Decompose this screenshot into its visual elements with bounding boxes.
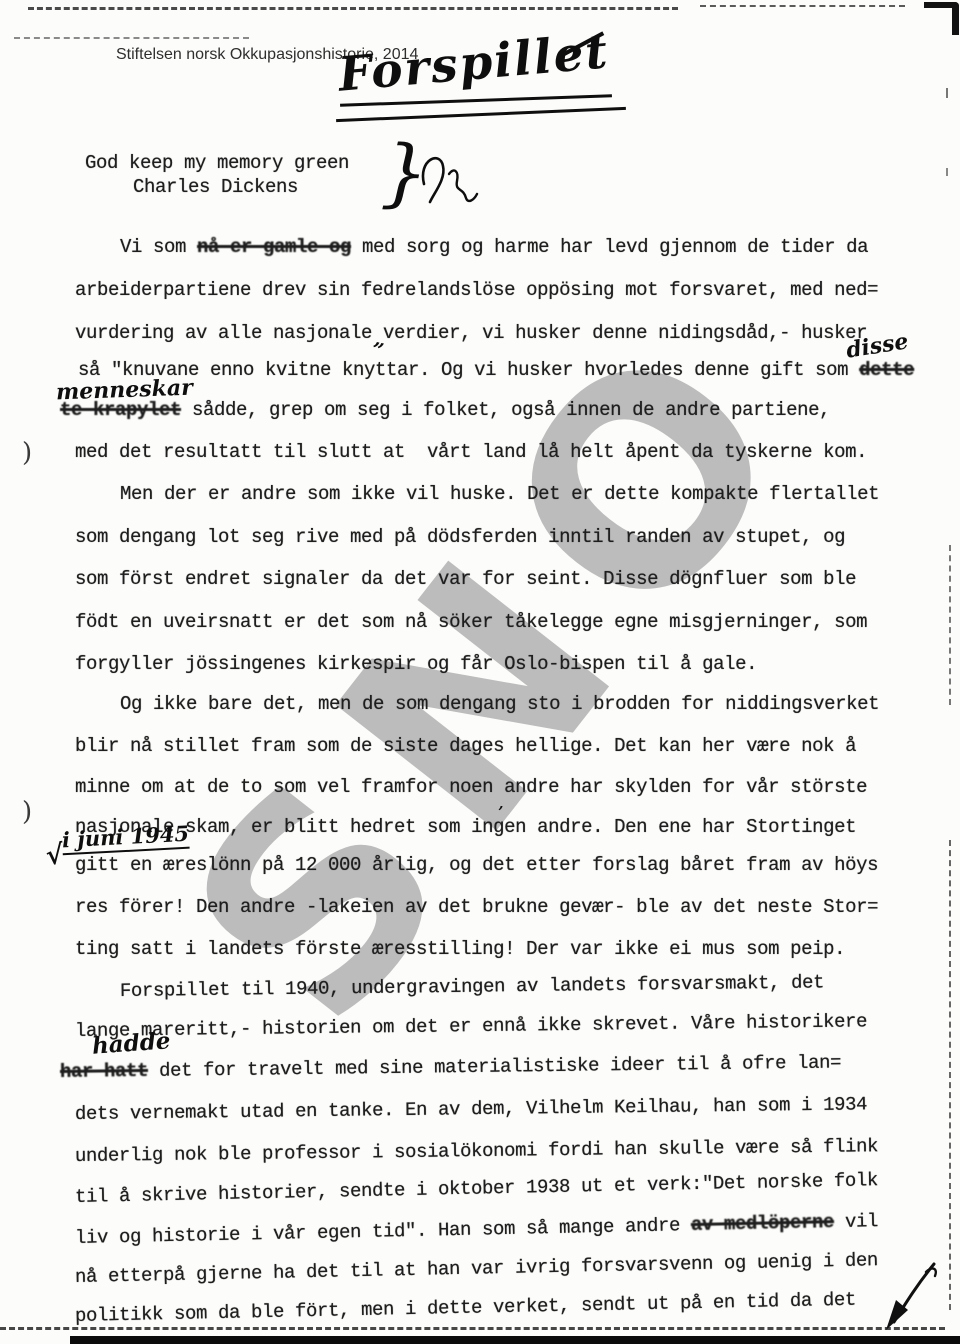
typed-line: lange mareritt,- historien om det er enn… xyxy=(75,1010,867,1043)
typed-text: liv og historie i vår egen tid". Han som… xyxy=(75,1214,691,1249)
handwritten-caret: ʼ xyxy=(498,803,503,821)
typed-line: nå etterpå gjerne ha det til at han var … xyxy=(75,1249,878,1289)
typed-text: vil xyxy=(834,1210,878,1233)
strikethrough-text: av medlöperne xyxy=(691,1211,834,1236)
typed-text: Vi som xyxy=(120,236,197,258)
typed-line: underlig nok ble professor i sosialökono… xyxy=(75,1135,878,1168)
typed-text: gitt en æreslönn på 12 000 årlig, og det… xyxy=(75,854,878,876)
typed-line: Men der er andre som ikke vil huske. Det… xyxy=(120,483,879,506)
typed-line: så "knuvane enno kvitne knyttar. Og vi h… xyxy=(78,359,914,382)
handwritten-correction-menneskar: menneskar xyxy=(56,375,194,406)
typed-text: arbeiderpartiene drev sin fedrelandslöse… xyxy=(75,279,878,301)
typed-text: Forspillet til 1940, undergravingen av l… xyxy=(120,971,824,1002)
typed-line: arbeiderpartiene drev sin fedrelandslöse… xyxy=(75,279,878,302)
typed-text: ting satt i landets förste æresstilling!… xyxy=(75,938,845,960)
handwritten-correction-hadde: hadde xyxy=(91,1027,171,1059)
typed-line: Og ikke bare det, men de som dengang sto… xyxy=(120,693,879,716)
typed-text: nasjonale skam, er blitt hedret som inge… xyxy=(75,816,856,838)
typed-text: underlig nok ble professor i sosialökono… xyxy=(75,1135,878,1167)
typed-text: med det resultatt til slutt at vårt land… xyxy=(75,441,867,463)
typed-text: vurdering av alle nasjonale verdier, vi … xyxy=(75,322,867,344)
typed-line: som först endret signaler da det var for… xyxy=(75,568,856,591)
typed-line: vurdering av alle nasjonale verdier, vi … xyxy=(75,322,867,345)
margin-paren-mark: ) xyxy=(22,797,32,827)
typed-text: det for travelt med sine materialistiske… xyxy=(148,1051,841,1081)
typed-text: politikk som da ble fört, men i dette ve… xyxy=(75,1289,856,1327)
handwritten-initials xyxy=(416,148,496,210)
typed-line: res förer! Den andre -lakeien av det bru… xyxy=(75,896,878,919)
typed-line: Vi som nå er gamle og med sorg og harme … xyxy=(120,236,868,259)
typed-line: te krapylet sådde, grep om seg i folket,… xyxy=(60,399,830,422)
typed-line: födt en uveirsnatt er det som nå söker t… xyxy=(75,611,867,634)
strikethrough-text: har hatt xyxy=(60,1060,148,1083)
typed-line: gitt en æreslönn på 12 000 årlig, og det… xyxy=(75,854,878,877)
typed-line: til å skrive historier, sendte i oktober… xyxy=(75,1169,878,1209)
typed-text: Men der er andre som ikke vil huske. Det… xyxy=(120,483,879,505)
typed-text: blir nå stillet fram som de siste dages … xyxy=(75,735,856,757)
typed-line: minne om at de to som vel framfor noen a… xyxy=(75,776,867,799)
typed-line: liv og historie i vår egen tid". Han som… xyxy=(75,1210,878,1250)
typed-text: res förer! Den andre -lakeien av det bru… xyxy=(75,896,878,918)
strikethrough-text: nå er gamle og xyxy=(197,236,351,258)
typed-text: dets vernemakt utad en tanke. En av dem,… xyxy=(75,1093,867,1125)
typed-line: har hatt det for travelt med sine materi… xyxy=(60,1051,841,1084)
typed-line: som dengang lot seg rive med på dödsferd… xyxy=(75,526,845,549)
handwritten-arrow-flourish xyxy=(882,1258,942,1334)
margin-paren-mark: ) xyxy=(22,438,32,468)
typed-text: lange mareritt,- historien om det er enn… xyxy=(75,1010,867,1042)
typed-text: som först endret signaler da det var for… xyxy=(75,568,856,590)
typed-line: nasjonale skam, er blitt hedret som inge… xyxy=(75,816,856,839)
typed-line: politikk som da ble fört, men i dette ve… xyxy=(75,1289,856,1328)
handwritten-caret-check: √ xyxy=(44,839,65,872)
typed-text: forgyller jössingenes kirkespir og får O… xyxy=(75,653,757,675)
typed-line: dets vernemakt utad en tanke. En av dem,… xyxy=(75,1093,867,1126)
typed-line: med det resultatt til slutt at vårt land… xyxy=(75,441,867,464)
typed-text: Og ikke bare det, men de som dengang sto… xyxy=(120,693,879,715)
typed-line: blir nå stillet fram som de siste dages … xyxy=(75,735,856,758)
typed-text: sådde, grep om seg i folket, også innen … xyxy=(181,399,830,421)
typed-text: så "knuvane enno kvitne knyttar. Og vi h… xyxy=(78,359,859,381)
document-page: SNO Stiftelsen norsk Okkupasjonshistorie… xyxy=(0,0,960,1344)
typed-line: forgyller jössingenes kirkespir og får O… xyxy=(75,653,757,676)
typed-text: nå etterpå gjerne ha det til at han var … xyxy=(75,1249,878,1288)
typed-line: ting satt i landets förste æresstilling!… xyxy=(75,938,845,961)
typed-line: Forspillet til 1940, undergravingen av l… xyxy=(120,971,824,1003)
typed-text: til å skrive historier, sendte i oktober… xyxy=(75,1169,878,1208)
strikethrough-text: dette xyxy=(859,359,914,381)
typed-text: födt en uveirsnatt er det som nå söker t… xyxy=(75,611,867,633)
typed-text: som dengang lot seg rive med på dödsferd… xyxy=(75,526,845,548)
typed-text: minne om at de to som vel framfor noen a… xyxy=(75,776,867,798)
typed-text: med sorg og harme har levd gjennom de ti… xyxy=(351,236,868,258)
